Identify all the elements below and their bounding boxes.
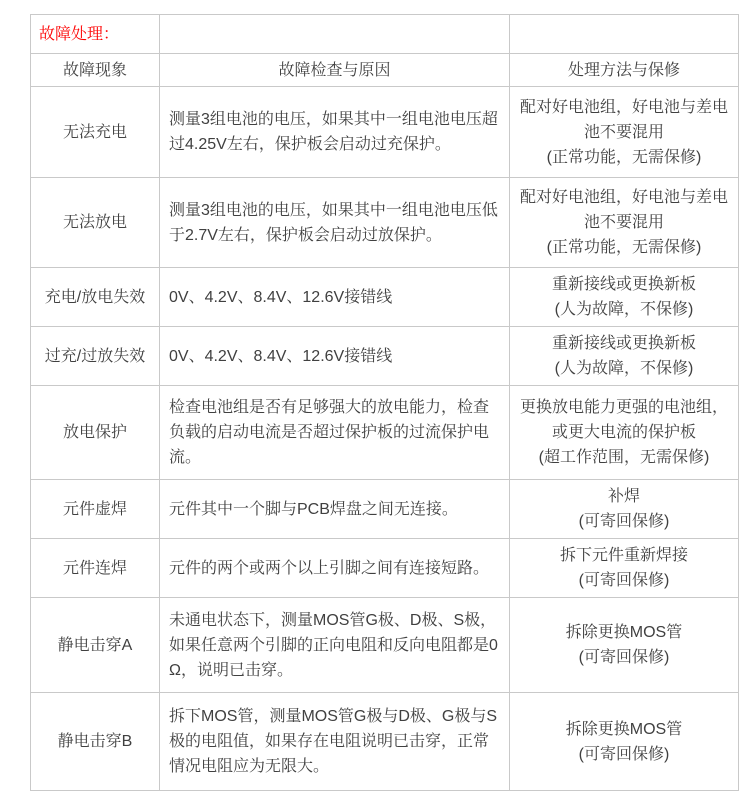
fault-symptom: 放电保护 xyxy=(31,386,160,480)
fault-check: 拆下MOS管，测量MOS管G极与D极、G极与S极的电阻值，如果存在电阻说明已击穿… xyxy=(160,693,510,791)
fault-symptom: 无法放电 xyxy=(31,178,160,268)
table-row: 无法放电 测量3组电池的电压，如果其中一组电池电压低于2.7V左右，保护板会启动… xyxy=(31,178,739,268)
title-row: 故障处理： xyxy=(31,15,739,54)
column-header-solution: 处理方法与保修 xyxy=(510,54,739,87)
fault-check: 测量3组电池的电压，如果其中一组电池电压低于2.7V左右，保护板会启动过放保护。 xyxy=(160,178,510,268)
solution-text: 拆除更换MOS管 xyxy=(518,717,730,742)
warranty-note: (正常功能，无需保修) xyxy=(518,145,730,170)
fault-solution: 更换放电能力更强的电池组，或更大电流的保护板 (超工作范围，无需保修) xyxy=(510,386,739,480)
warranty-note: (正常功能，无需保修) xyxy=(518,235,730,260)
page: 故障处理： 故障现象 故障检查与原因 处理方法与保修 无法充电 测量3组电池的电… xyxy=(0,0,750,800)
solution-text: 配对好电池组，好电池与差电池不要混用 xyxy=(518,185,730,235)
table-row: 放电保护 检查电池组是否有足够强大的放电能力，检查负载的启动电流是否超过保护板的… xyxy=(31,386,739,480)
fault-symptom: 元件连焊 xyxy=(31,539,160,598)
warranty-note: (可寄回保修) xyxy=(518,509,730,534)
header-row: 故障现象 故障检查与原因 处理方法与保修 xyxy=(31,54,739,87)
fault-check: 未通电状态下，测量MOS管G极、D极、S极，如果任意两个引脚的正向电阻和反向电阻… xyxy=(160,598,510,693)
warranty-note: (可寄回保修) xyxy=(518,568,730,593)
fault-solution: 拆下元件重新焊接 (可寄回保修) xyxy=(510,539,739,598)
fault-symptom: 静电击穿B xyxy=(31,693,160,791)
column-header-check: 故障检查与原因 xyxy=(160,54,510,87)
warranty-note: (超工作范围，无需保修) xyxy=(518,445,730,470)
table-title: 故障处理： xyxy=(31,15,160,54)
fault-symptom: 静电击穿A xyxy=(31,598,160,693)
fault-check: 元件的两个或两个以上引脚之间有连接短路。 xyxy=(160,539,510,598)
warranty-note: (可寄回保修) xyxy=(518,742,730,767)
fault-check: 元件其中一个脚与PCB焊盘之间无连接。 xyxy=(160,480,510,539)
column-header-symptom: 故障现象 xyxy=(31,54,160,87)
table-row: 静电击穿A 未通电状态下，测量MOS管G极、D极、S极，如果任意两个引脚的正向电… xyxy=(31,598,739,693)
solution-text: 补焊 xyxy=(518,484,730,509)
warranty-note: (可寄回保修) xyxy=(518,645,730,670)
table-row: 充电/放电失效 0V、4.2V、8.4V、12.6V接错线 重新接线或更换新板 … xyxy=(31,268,739,327)
fault-solution: 配对好电池组，好电池与差电池不要混用 (正常功能，无需保修) xyxy=(510,178,739,268)
warranty-note: (人为故障，不保修) xyxy=(518,297,730,322)
table-row: 元件连焊 元件的两个或两个以上引脚之间有连接短路。 拆下元件重新焊接 (可寄回保… xyxy=(31,539,739,598)
fault-solution: 拆除更换MOS管 (可寄回保修) xyxy=(510,598,739,693)
fault-symptom: 过充/过放失效 xyxy=(31,327,160,386)
solution-text: 配对好电池组，好电池与差电池不要混用 xyxy=(518,95,730,145)
table-row: 无法充电 测量3组电池的电压，如果其中一组电池电压超过4.25V左右，保护板会启… xyxy=(31,87,739,178)
fault-check: 0V、4.2V、8.4V、12.6V接错线 xyxy=(160,327,510,386)
table-row: 静电击穿B 拆下MOS管，测量MOS管G极与D极、G极与S极的电阻值，如果存在电… xyxy=(31,693,739,791)
solution-text: 重新接线或更换新板 xyxy=(518,272,730,297)
table-row: 过充/过放失效 0V、4.2V、8.4V、12.6V接错线 重新接线或更换新板 … xyxy=(31,327,739,386)
fault-check: 0V、4.2V、8.4V、12.6V接错线 xyxy=(160,268,510,327)
solution-text: 更换放电能力更强的电池组，或更大电流的保护板 xyxy=(518,395,730,445)
fault-solution: 配对好电池组，好电池与差电池不要混用 (正常功能，无需保修) xyxy=(510,87,739,178)
fault-symptom: 无法充电 xyxy=(31,87,160,178)
fault-handling-table: 故障处理： 故障现象 故障检查与原因 处理方法与保修 无法充电 测量3组电池的电… xyxy=(30,14,739,791)
fault-symptom: 充电/放电失效 xyxy=(31,268,160,327)
fault-check: 检查电池组是否有足够强大的放电能力，检查负载的启动电流是否超过保护板的过流保护电… xyxy=(160,386,510,480)
solution-text: 重新接线或更换新板 xyxy=(518,331,730,356)
fault-solution: 重新接线或更换新板 (人为故障，不保修) xyxy=(510,268,739,327)
fault-symptom: 元件虚焊 xyxy=(31,480,160,539)
solution-text: 拆下元件重新焊接 xyxy=(518,543,730,568)
fault-solution: 重新接线或更换新板 (人为故障，不保修) xyxy=(510,327,739,386)
fault-solution: 补焊 (可寄回保修) xyxy=(510,480,739,539)
fault-solution: 拆除更换MOS管 (可寄回保修) xyxy=(510,693,739,791)
title-row-empty-cell xyxy=(160,15,510,54)
title-row-empty-cell xyxy=(510,15,739,54)
solution-text: 拆除更换MOS管 xyxy=(518,620,730,645)
fault-check: 测量3组电池的电压，如果其中一组电池电压超过4.25V左右，保护板会启动过充保护… xyxy=(160,87,510,178)
table-row: 元件虚焊 元件其中一个脚与PCB焊盘之间无连接。 补焊 (可寄回保修) xyxy=(31,480,739,539)
warranty-note: (人为故障，不保修) xyxy=(518,356,730,381)
